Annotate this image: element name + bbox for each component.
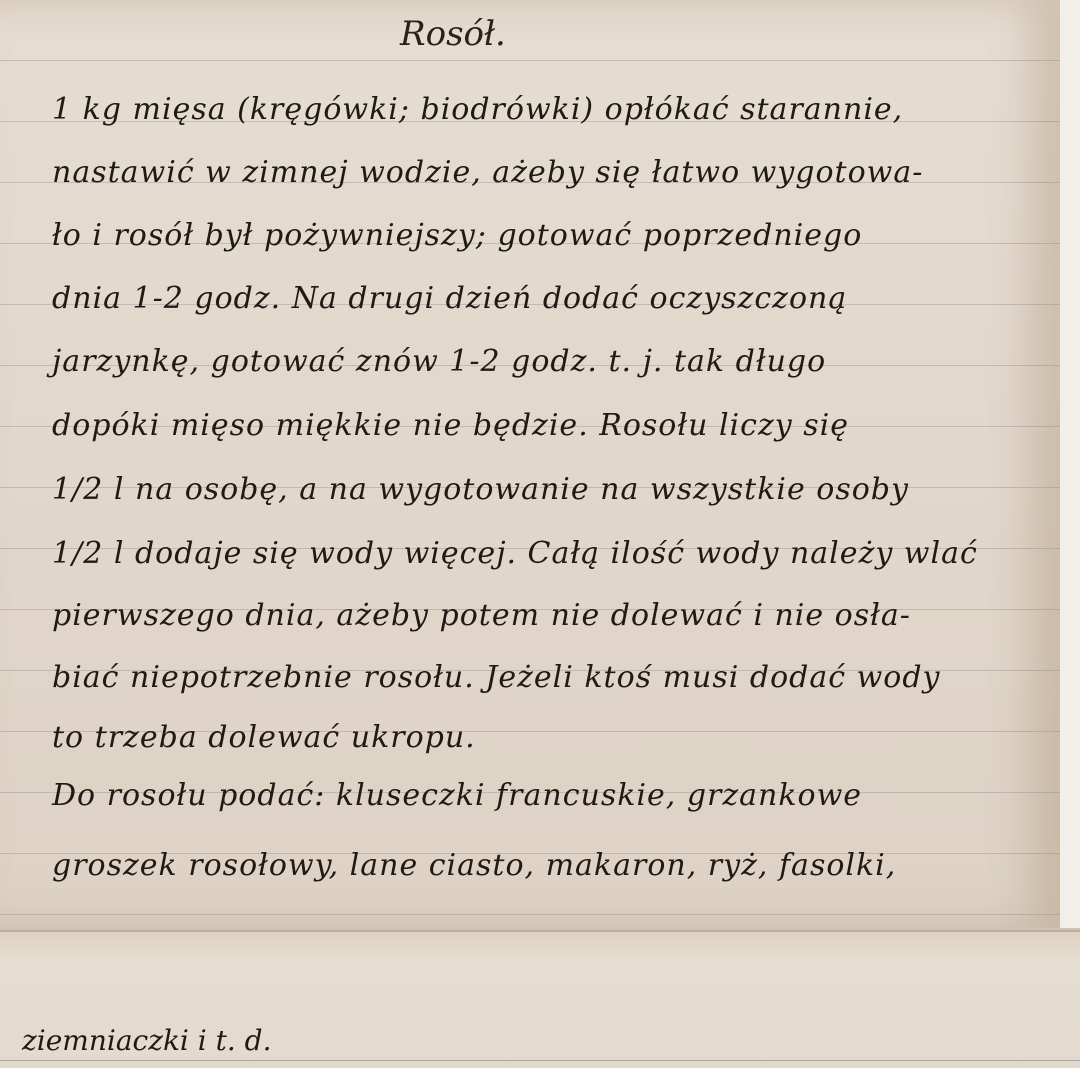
- continuation-line: ziemniaczki i t. d.: [22, 1024, 272, 1057]
- text-line-2: nastawić w zimnej wodzie, ażeby się łatw…: [52, 155, 923, 190]
- text-line-8: 1/2 l dodaje się wody więcej. Całą ilość…: [52, 536, 978, 571]
- text-line-10: biać niepotrzebnie rosołu. Jeżeli ktoś m…: [52, 660, 940, 695]
- notebook-page-upper: Rosół. 1 kg mięsa (kręgówki; biodrówki) …: [0, 0, 1064, 928]
- text-line-13: groszek rosołowy, lane ciasto, makaron, …: [52, 848, 896, 883]
- text-line-11: to trzeba dolewać ukropu.: [52, 720, 476, 755]
- text-line-3: ło i rosół był pożywniejszy; gotować pop…: [52, 218, 862, 253]
- notebook-page-lower: ziemniaczki i t. d.: [0, 930, 1080, 1068]
- page-edge: [1060, 0, 1080, 928]
- rule-line: [0, 1060, 1080, 1061]
- text-line-1: 1 kg mięsa (kręgówki; biodrówki) opłókać…: [52, 92, 903, 127]
- text-line-5: jarzynkę, gotować znów 1-2 godz. t. j. t…: [52, 344, 826, 379]
- text-line-12: Do rosołu podać: kluseczki francuskie, g…: [52, 778, 862, 813]
- text-line-4: dnia 1-2 godz. Na drugi dzień dodać oczy…: [52, 281, 847, 316]
- text-line-6: dopóki mięso miękkie nie będzie. Rosołu …: [52, 408, 849, 443]
- text-line-9: pierwszego dnia, ażeby potem nie dolewać…: [52, 598, 911, 633]
- recipe-title: Rosół.: [400, 14, 506, 54]
- text-line-7: 1/2 l na osobę, a na wygotowanie na wszy…: [52, 472, 909, 507]
